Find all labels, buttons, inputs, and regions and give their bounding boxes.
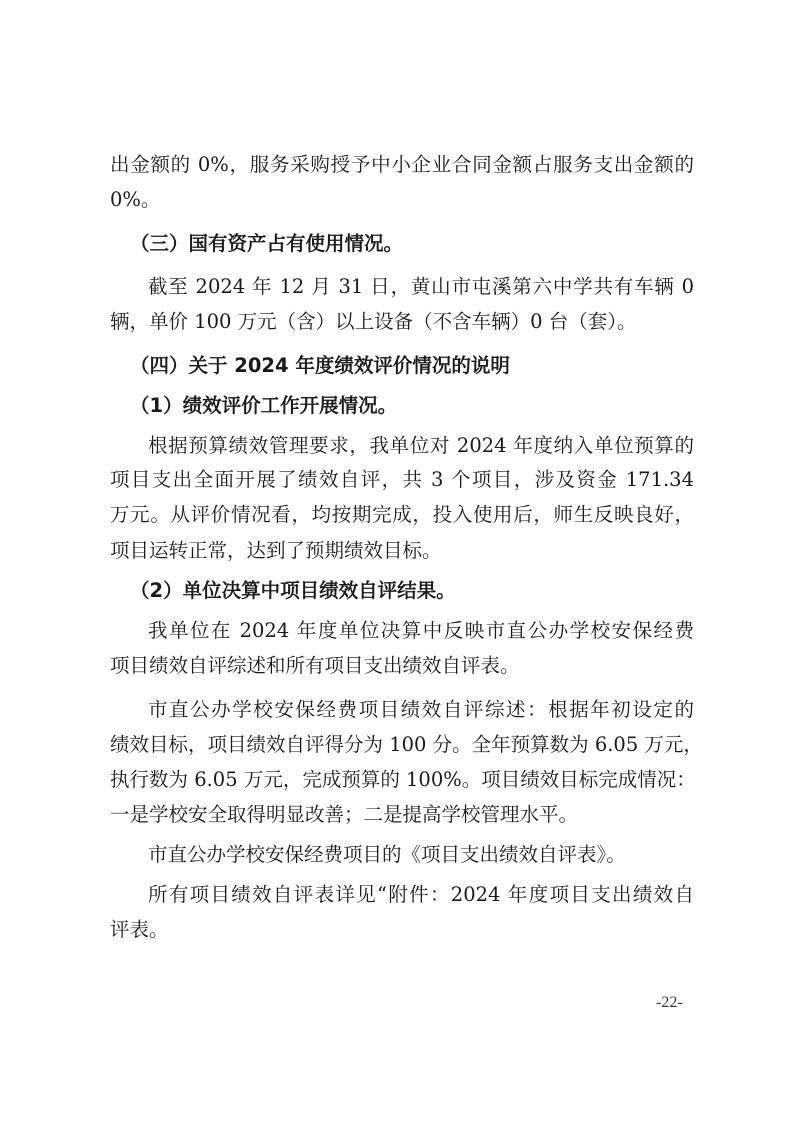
paragraph-line: 所有项目绩效自评表详见“附件：2024 年度项目支出绩效自 — [148, 883, 694, 907]
paragraph-line: 绩效目标，项目绩效自评得分为 100 分。全年预算数为 6.05 万元， — [110, 733, 694, 757]
subsection-heading-2: （2）单位决算中项目绩效自评结果。 — [130, 579, 690, 603]
paragraph-line: 项目支出全面开展了绩效自评，共 3 个项目，涉及资金 171.34 — [110, 468, 694, 492]
subsection-heading-1: （1）绩效评价工作开展情况。 — [130, 394, 690, 418]
paragraph-line: 执行数为 6.05 万元，完成预算的 100%。项目绩效目标完成情况： — [110, 768, 694, 792]
section-heading-4: （四）关于 2024 年度绩效评价情况的说明 — [130, 354, 690, 378]
paragraph-line: 一是学校安全取得明显改善；二是提高学校管理水平。 — [110, 803, 694, 827]
paragraph-line: 0%。 — [110, 188, 694, 212]
paragraph-line: 截至 2024 年 12 月 31 日，黄山市屯溪第六中学共有车辆 0 — [148, 275, 694, 299]
paragraph-line: 市直公办学校安保经费项目绩效自评综述：根据年初设定的 — [148, 698, 694, 722]
paragraph-line: 辆，单价 100 万元（含）以上设备（不含车辆）0 台（套）。 — [110, 310, 694, 334]
paragraph-line: 项目绩效自评综述和所有项目支出绩效自评表。 — [110, 654, 694, 678]
paragraph-line: 出金额的 0%，服务采购授予中小企业合同金额占服务支出金额的 — [110, 153, 694, 177]
page-number: -22- — [656, 994, 683, 1012]
paragraph-line: 评表。 — [110, 918, 694, 942]
paragraph-line: 万元。从评价情况看，均按期完成，投入使用后，师生反映良好， — [110, 503, 694, 527]
paragraph-line: 项目运转正常，达到了预期绩效目标。 — [110, 539, 694, 563]
paragraph-line: 根据预算绩效管理要求，我单位对 2024 年度纳入单位预算的 — [148, 434, 694, 458]
paragraph-line: 我单位在 2024 年度单位决算中反映市直公办学校安保经费 — [148, 619, 694, 643]
paragraph-line: 市直公办学校安保经费项目的《项目支出绩效自评表》。 — [148, 843, 694, 867]
section-heading-3: （三）国有资产占有使用情况。 — [130, 232, 690, 256]
